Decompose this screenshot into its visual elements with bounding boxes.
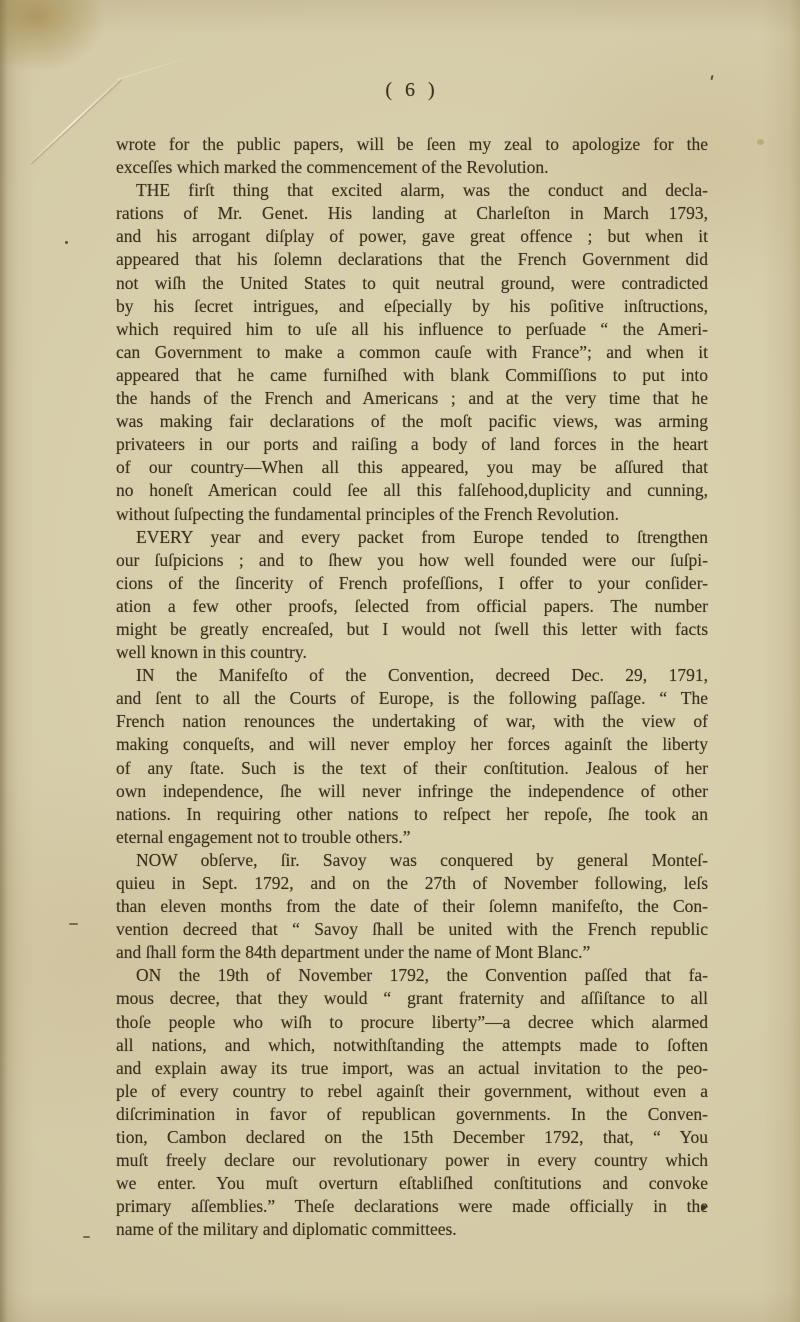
text-line: without ſuſpecting the fundamental princ…: [116, 503, 708, 526]
text-line: EVERY year and every packet from Europe …: [116, 526, 708, 549]
text-line: cions of the ſincerity of French profeſſ…: [116, 572, 708, 595]
text-line: and explain away its true import, was an…: [116, 1057, 708, 1080]
text-line: primary aſſemblies.” Theſe declarations …: [116, 1195, 708, 1218]
text-line: appeared that he came furniſhed with bla…: [116, 364, 708, 387]
ink-speck: [65, 241, 68, 244]
text-line: than eleven months from the date of thei…: [116, 895, 708, 918]
text-line: the hands of the French and Americans ; …: [116, 387, 708, 410]
text-line: we enter. You muſt overturn eſtabliſhed …: [116, 1172, 708, 1195]
text-line: tion, Cambon declared on the 15th Decemb…: [116, 1126, 708, 1149]
text-line: ation a few other proofs, ſelected from …: [116, 595, 708, 618]
text-line: and ſent to all the Courts of Europe, is…: [116, 687, 708, 710]
text-line: French nation renounces the undertaking …: [116, 710, 708, 733]
paper-stain: [0, 0, 106, 72]
text-line: ple of every country to rebel againſt th…: [116, 1080, 708, 1103]
text-line: diſcrimination in favor of republican go…: [116, 1103, 708, 1126]
text-line: and his arrogant diſplay of power, gave …: [116, 225, 708, 248]
ink-speck: [710, 75, 713, 80]
text-line: well known in this country.: [116, 641, 708, 664]
text-line: IN the Manifeſto of the Convention, decr…: [116, 664, 708, 687]
text-line: which required him to uſe all his influe…: [116, 318, 708, 341]
text-line: own independence, ſhe will never infring…: [116, 780, 708, 803]
text-line: no honeſt American could ſee all this fa…: [116, 479, 708, 502]
margin-mark: [69, 923, 78, 925]
text-line: of our country—When all this appeared, y…: [116, 456, 708, 479]
text-line: ON the 19th of November 1792, the Conven…: [116, 964, 708, 987]
text-line: by his ſecret intrigues, and eſpecially …: [116, 295, 708, 318]
text-line: THE firſt thing that excited alarm, was …: [116, 179, 708, 202]
text-line: making conqueſts, and will never employ …: [116, 733, 708, 756]
text-line: NOW obſerve, ſir. Savoy was conquered by…: [116, 849, 708, 872]
text-line: was making fair declarations of the moſt…: [116, 410, 708, 433]
text-line: our ſuſpicions ; and to ſhew you how wel…: [116, 549, 708, 572]
paper-crack: [29, 78, 121, 164]
margin-mark: [83, 1236, 90, 1238]
paper-crack-faint: [117, 56, 194, 80]
text-line: can Government to make a common cauſe wi…: [116, 341, 708, 364]
text-line: name of the military and diplomatic comm…: [116, 1218, 708, 1241]
text-line: nations. In requiring other nations to r…: [116, 803, 708, 826]
text-line: rations of Mr. Genet. His landing at Cha…: [116, 202, 708, 225]
text-line: might be greatly encreaſed, but I would …: [116, 618, 708, 641]
text-line: of any ſtate. Such is the text of their …: [116, 757, 708, 780]
text-line: muſt freely declare our revolutionary po…: [116, 1149, 708, 1172]
text-line: and ſhall form the 84th department under…: [116, 941, 708, 964]
page-text-block: wrote for the public papers, will be ſee…: [116, 133, 708, 1242]
text-line: thoſe people who wiſh to procure liberty…: [116, 1011, 708, 1034]
text-line: privateers in our ports and raiſing a bo…: [116, 433, 708, 456]
text-line: eternal engagement not to trouble others…: [116, 826, 708, 849]
text-line: quieu in Sept. 1792, and on the 27th of …: [116, 872, 708, 895]
text-line: wrote for the public papers, will be ſee…: [116, 133, 708, 156]
text-line: mous decree, that they would “ grant fra…: [116, 987, 708, 1010]
scanned-book-page: ( 6 ) wrote for the public papers, will …: [0, 0, 800, 1322]
text-line: appeared that his ſolemn declarations th…: [116, 248, 708, 271]
paper-spot: [757, 139, 764, 145]
text-line: not wiſh the United States to quit neutr…: [116, 272, 708, 295]
text-line: exceſſes which marked the commencement o…: [116, 156, 708, 179]
text-line: vention decreed that “ Savoy ſhall be un…: [116, 918, 708, 941]
text-line: all nations, and which, notwithſtanding …: [116, 1034, 708, 1057]
page-number: ( 6 ): [116, 79, 708, 102]
